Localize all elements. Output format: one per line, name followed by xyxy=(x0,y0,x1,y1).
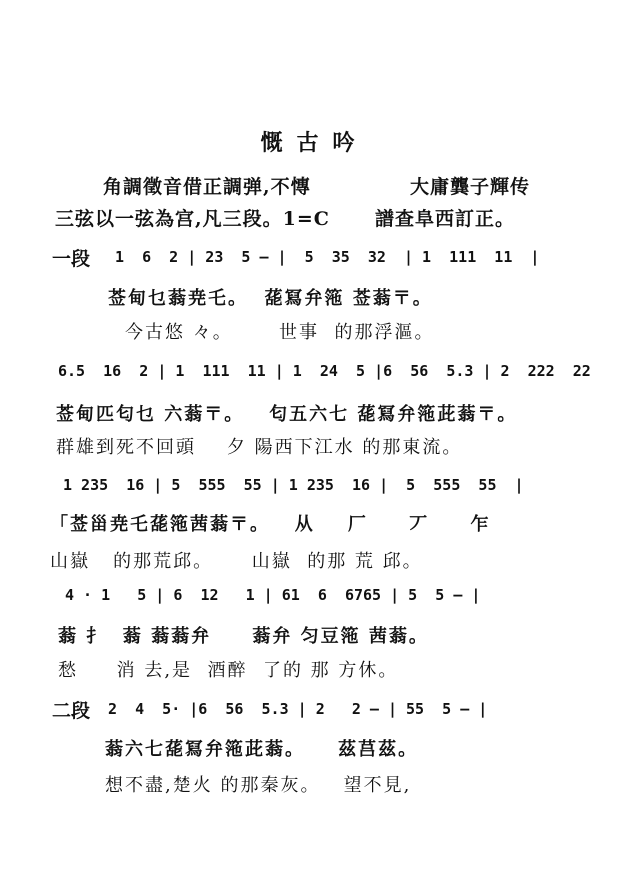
tablature-line-1: 莶甸乜蓊尭乇。 蒊冩弁筂 莶蓊〒。 xyxy=(108,284,433,310)
lyrics-line-5: 想不盡,楚火 的那秦灰。 望不見, xyxy=(105,771,411,797)
lyrics-line-1: 今古悠 々。 世事 的那浮漚。 xyxy=(125,318,435,344)
notation-line-3: 1 235 16 | 5 555 55 | 1 235 16 | 5 555 5… xyxy=(63,476,524,494)
tablature-line-3: 「莶甾尭乇蒊筂茜蓊〒。 从 厂 丆 乍 xyxy=(50,510,491,536)
lyrics-line-4: 愁 消 去,是 酒醉 了的 那 方休。 xyxy=(58,656,398,682)
section-label-2: 二段 xyxy=(52,696,90,723)
tablature-line-2: 莶甸匹匂乜 六蓊〒。 匂五六七 蒊冩弁筂茈蓊〒。 xyxy=(56,400,517,426)
page-title: 慨古吟 xyxy=(0,126,629,157)
tablature-line-4: 蓊 扌 蓊 蓊蓊弁 蓊弁 匀豆筂 茜蓊。 xyxy=(58,622,429,648)
transmitter-credit: 大庸龔子輝传 xyxy=(410,172,530,199)
sheet-music-page: 慨古吟 角調徵音借正調弹,不慱 大庸龔子輝传 三弦以一弦為宫,凡三段。1=C 譜… xyxy=(0,0,629,891)
editor-credit: 譜查阜西訂正。 xyxy=(375,204,515,231)
notation-line-1: 1 6 2 | 23 5 — | 5 35 32 | 1 111 11 | xyxy=(115,248,539,266)
lyrics-line-3: 山嶽 的那荒邱。 山嶽 的那 荒 邱。 xyxy=(50,547,423,573)
lyrics-line-2: 群雄到死不回頭 夕 陽西下江水 的那東流。 xyxy=(56,433,462,459)
notation-line-5: 2 4 5· |6 56 5.3 | 2 2 — | 55 5 — | xyxy=(108,700,487,718)
notation-line-2: 6.5 16 2 | 1 111 11 | 1 24 5 |6 56 5.3 |… xyxy=(58,362,591,380)
notation-line-4: 4 · 1 5 | 6 12 1 | 61 6 6765 | 5 5 — | xyxy=(65,586,480,604)
tuning-note: 角調徵音借正調弹,不慱 xyxy=(103,172,311,199)
tablature-line-5: 蓊六七蒊冩弁筂茈蓊。 茲莒茲。 xyxy=(105,735,418,761)
structure-note: 三弦以一弦為宫,凡三段。1=C xyxy=(55,204,330,231)
section-label-1: 一段 xyxy=(52,244,90,271)
